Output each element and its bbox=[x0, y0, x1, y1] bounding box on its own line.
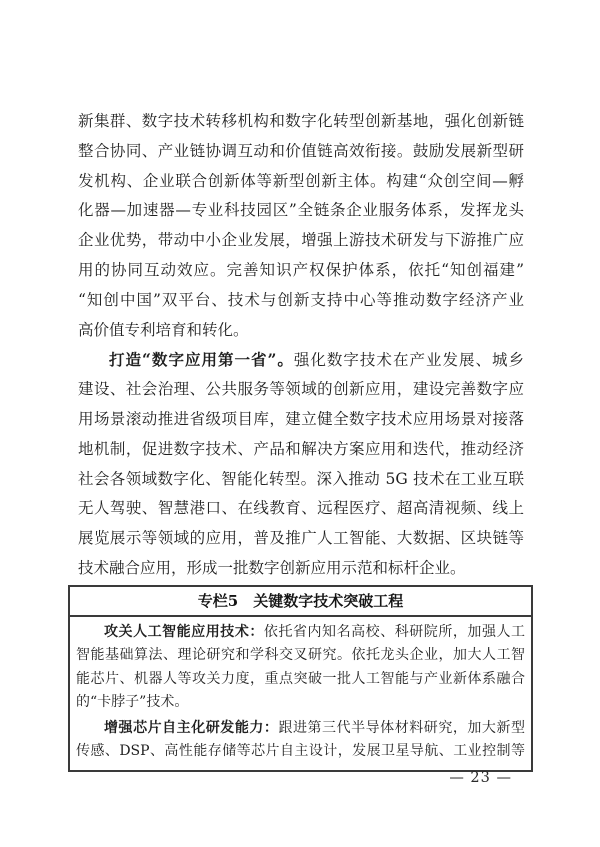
text-line: 增强芯片自主化研发能力：跟进第三代半导体材料研究，加大新型 bbox=[76, 717, 525, 740]
page: { "document": { "paragraph1": { "lines":… bbox=[0, 0, 600, 847]
text-line: 社会各领域数字化、智能化转型。深入推动 5G 技术在工业互联网、 bbox=[78, 465, 524, 495]
text-line: “知创中国”双平台、技术与创新支持中心等推动数字经济产业 bbox=[78, 286, 524, 316]
text-line: 用场景滚动推进省级项目库，建立健全数字技术应用场景对接落 bbox=[78, 405, 524, 435]
text-line: 技术融合应用，形成一批数字创新应用示范和标杆企业。 bbox=[78, 554, 524, 584]
text-line: 智能基础算法、理论研究和学科交叉研究。依托龙头企业，加大人工智 bbox=[76, 644, 525, 667]
text-run: 跟进第三代半导体材料研究，加大新型 bbox=[278, 720, 525, 736]
text-line: 攻关人工智能应用技术：依托省内知名高校、科研院所，加强人工 bbox=[76, 621, 525, 644]
text-line: 新集群、数字技术转移机构和数字化转型创新基地，强化创新链 bbox=[78, 107, 524, 137]
text-line: 高价值专利培育和转化。 bbox=[78, 316, 524, 346]
text-run: 依托省内知名高校、科研院所，加强人工 bbox=[264, 624, 525, 640]
main-text-block: 新集群、数字技术转移机构和数字化转型创新基地，强化创新链 整合协同、产业链协调互… bbox=[78, 107, 524, 584]
bold-lead: 打造“数字应用第一省”。 bbox=[109, 350, 294, 369]
text-line: 发机构、企业联合创新体等新型创新主体。构建“众创空间—孵 bbox=[78, 167, 524, 197]
text-line: 能芯片、机器人等攻关力度，重点突破一批人工智能与产业新体系融合 bbox=[76, 668, 525, 691]
text-line: 整合协同、产业链协调互动和价值链高效衔接。鼓励发展新型研 bbox=[78, 137, 524, 167]
text-line: 地机制，促进数字技术、产品和解决方案应用和迭代，推动经济 bbox=[78, 435, 524, 465]
column-box-title: 专栏5 关键数字技术突破工程 bbox=[70, 587, 531, 617]
bold-lead: 增强芯片自主化研发能力： bbox=[104, 720, 278, 736]
text-line: 企业优势，带动中小企业发展，增强上游技术研发与下游推广应 bbox=[78, 226, 524, 256]
column-box-body: 攻关人工智能应用技术：依托省内知名高校、科研院所，加强人工 智能基础算法、理论研… bbox=[70, 617, 531, 770]
text-line: 的“卡脖子”技术。 bbox=[76, 691, 525, 714]
text-line: 打造“数字应用第一省”。强化数字技术在产业发展、城乡 bbox=[78, 345, 524, 375]
text-line: 传感、DSP、高性能存储等芯片自主设计，发展卫星导航、工业控制等 bbox=[76, 740, 525, 763]
column-5-box: 专栏5 关键数字技术突破工程 攻关人工智能应用技术：依托省内知名高校、科研院所，… bbox=[68, 585, 533, 772]
text-line: 化器—加速器—专业科技园区”全链条企业服务体系，发挥龙头 bbox=[78, 196, 524, 226]
text-line: 用的协同互动效应。完善知识产权保护体系，依托“知创福建” bbox=[78, 256, 524, 286]
page-number: — 23 — bbox=[449, 770, 512, 786]
text-run: 强化数字技术在产业发展、城乡 bbox=[294, 351, 524, 369]
text-line: 展览展示等领域的应用，普及推广人工智能、大数据、区块链等 bbox=[78, 524, 524, 554]
text-line: 建设、社会治理、公共服务等领域的创新应用，建设完善数字应 bbox=[78, 375, 524, 405]
bold-lead: 攻关人工智能应用技术： bbox=[104, 624, 264, 640]
box-item-2: 增强芯片自主化研发能力：跟进第三代半导体材料研究，加大新型 传感、DSP、高性能… bbox=[76, 717, 525, 764]
paragraph-1: 新集群、数字技术转移机构和数字化转型创新基地，强化创新链 整合协同、产业链协调互… bbox=[78, 107, 524, 345]
text-line: 无人驾驶、智慧港口、在线教育、远程医疗、超高清视频、线上 bbox=[78, 494, 524, 524]
paragraph-2: 打造“数字应用第一省”。强化数字技术在产业发展、城乡 建设、社会治理、公共服务等… bbox=[78, 345, 524, 583]
box-item-1: 攻关人工智能应用技术：依托省内知名高校、科研院所，加强人工 智能基础算法、理论研… bbox=[76, 621, 525, 714]
